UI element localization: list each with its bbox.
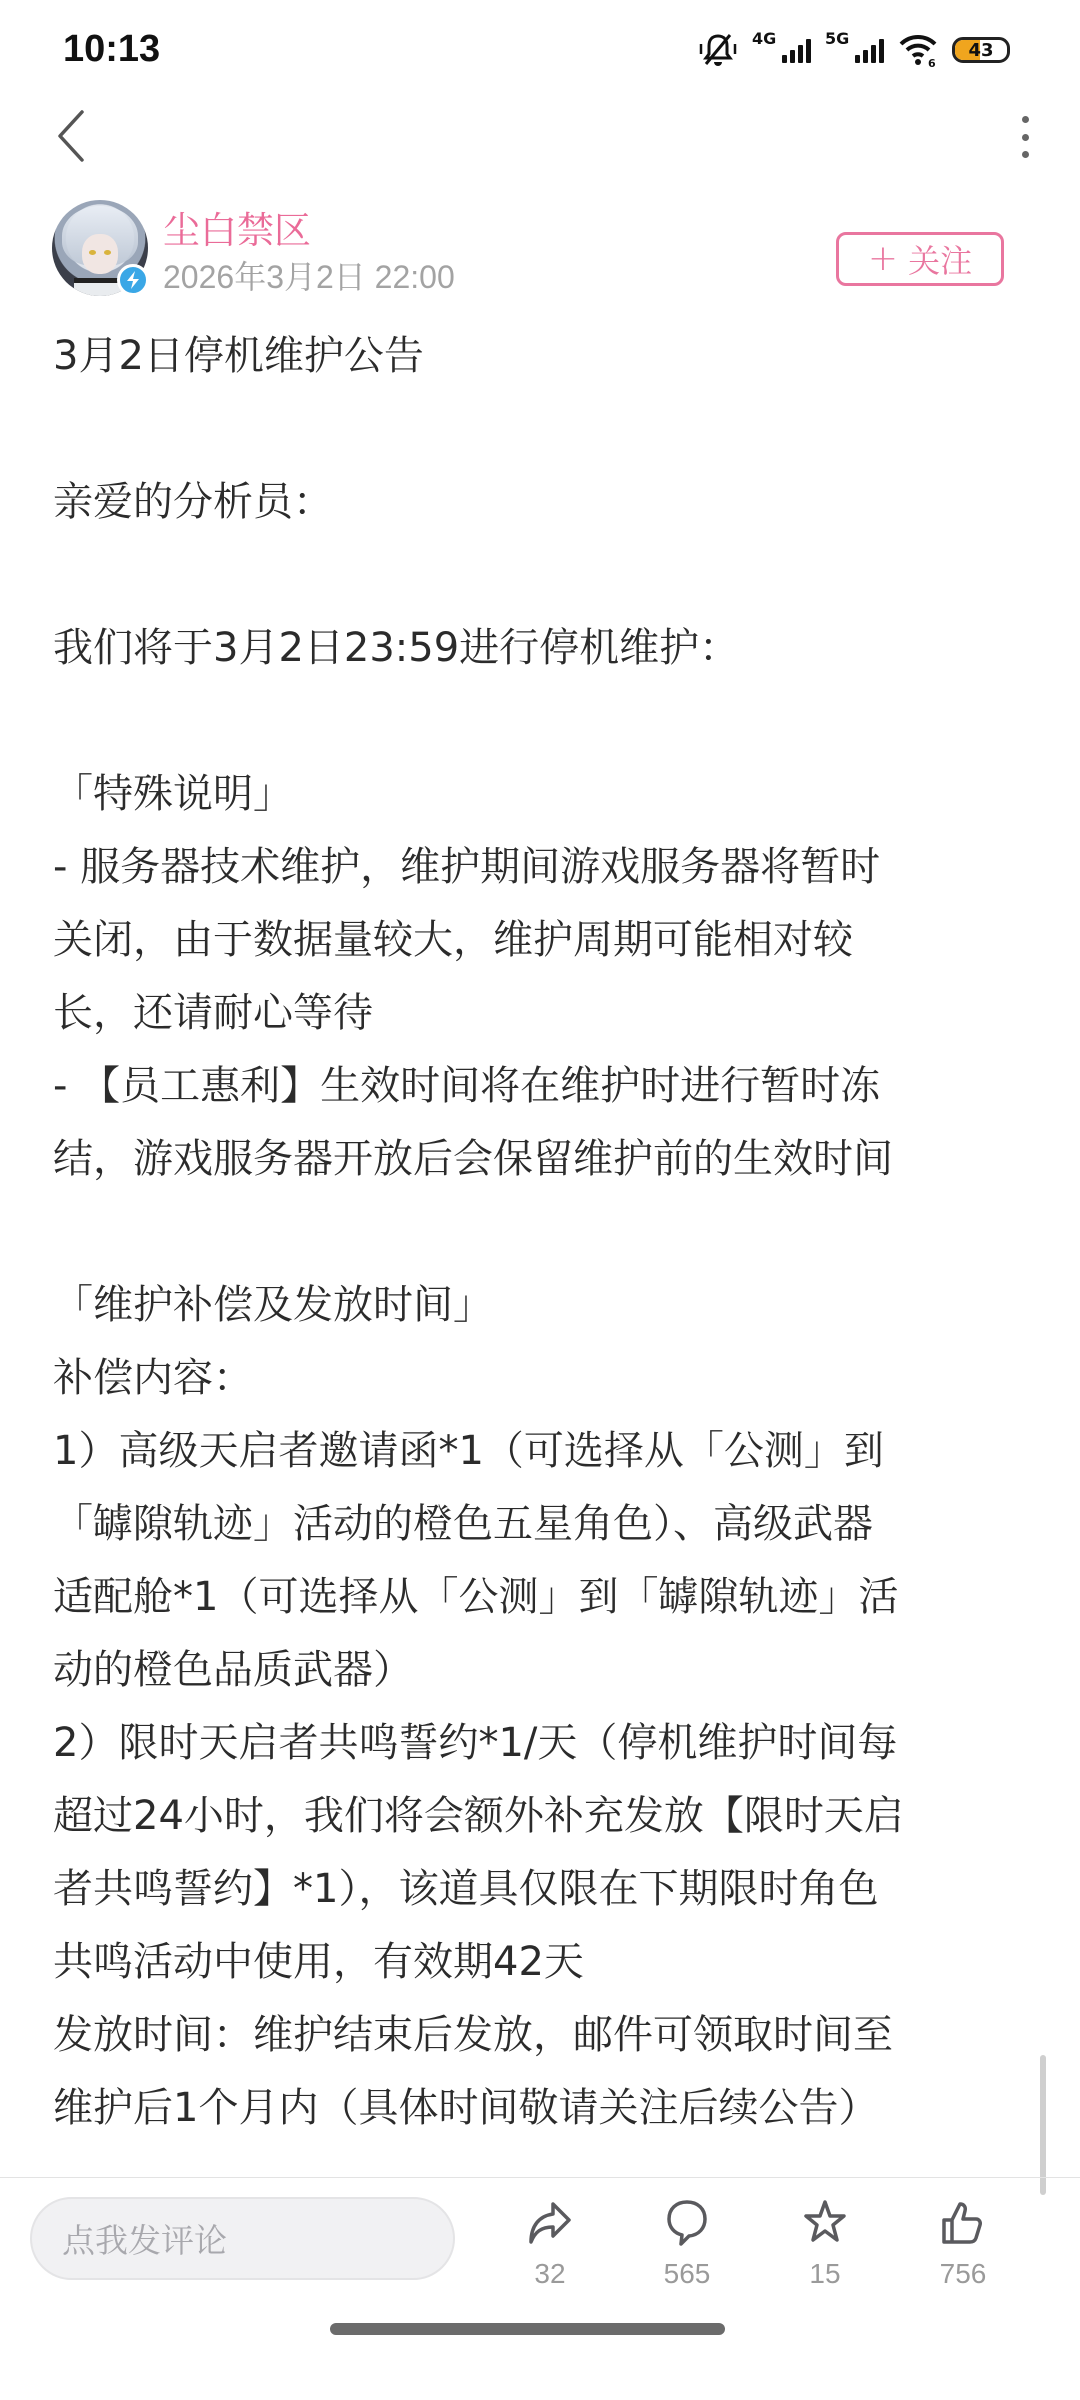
section-heading: 「维护补偿及发放时间」 (53, 1269, 1013, 1342)
home-indicator[interactable] (330, 2323, 725, 2335)
wifi-6-icon: 6 (898, 32, 938, 68)
post-line: 我们将于3月2日23:59进行停机维护： (53, 612, 1013, 685)
more-vertical-icon-dot (1022, 134, 1029, 141)
battery-icon: 43 (952, 37, 1010, 63)
lightning-badge-icon (117, 264, 149, 296)
share-icon (523, 2196, 577, 2250)
follow-label: 关注 (908, 236, 972, 282)
status-time: 10:13 (63, 28, 160, 71)
more-options-button[interactable] (1010, 112, 1040, 162)
post-line: 2）限时天启者共鸣誓约*1/天（停机维护时间每 (53, 1707, 1013, 1780)
favorite-count: 15 (809, 2258, 840, 2290)
bottom-bar-divider (0, 2177, 1080, 2178)
post-line: 「罅隙轨迹」活动的橙色五星角色）、高级武器 (53, 1488, 1013, 1561)
post-line: 关闭，由于数据量较大，维护周期可能相对较 (53, 904, 1013, 977)
post-time: 2026年3月2日 22:00 (163, 252, 455, 298)
network-5g-label: 5G (825, 29, 849, 48)
status-icons: 4G 5G 6 43 (698, 30, 1010, 70)
svg-text:6: 6 (928, 57, 936, 68)
blank-line (53, 393, 1013, 466)
more-vertical-icon-dot (1022, 116, 1029, 123)
post-line: 维护后1个月内（具体时间敬请关注后续公告） (53, 2072, 1013, 2145)
follow-button[interactable]: + 关注 (836, 232, 1004, 286)
post-line: 亲爱的分析员： (53, 466, 1013, 539)
post-line: 超过24小时，我们将会额外补充发放【限时天启 (53, 1780, 1013, 1853)
thumbs-up-icon (936, 2196, 990, 2250)
post-line: - 【员工惠利】生效时间将在维护时进行暂时冻 (53, 1050, 1013, 1123)
more-vertical-icon-dot (1022, 151, 1029, 158)
back-button[interactable] (52, 108, 92, 164)
post-line: 动的橙色品质武器） (53, 1634, 1013, 1707)
network-4g-label: 4G (752, 29, 776, 48)
post-line: 适配舱*1（可选择从「公测」到「罅隙轨迹」活 (53, 1561, 1013, 1634)
signal-4g-icon: 4G (752, 37, 811, 63)
signal-5g-icon: 5G (825, 37, 884, 63)
share-count: 32 (534, 2258, 565, 2290)
comment-icon (660, 2196, 714, 2250)
mute-vibrate-icon (698, 32, 738, 68)
post-line: 结，游戏服务器开放后会保留维护前的生效时间 (53, 1123, 1013, 1196)
post-line: 者共鸣誓约】*1），该道具仅限在下期限时角色 (53, 1853, 1013, 1926)
blank-line (53, 685, 1013, 758)
post-line: 共鸣活动中使用，有效期42天 (53, 1926, 1013, 1999)
plus-icon: + (868, 241, 898, 277)
comment-input[interactable]: 点我发评论 (30, 2197, 455, 2280)
like-count: 756 (940, 2258, 987, 2290)
post-line: 发放时间：维护结束后发放，邮件可领取时间至 (53, 1999, 1013, 2072)
section-heading: 「特殊说明」 (53, 758, 1013, 831)
author-name[interactable]: 尘白禁区 (163, 200, 311, 254)
post-title: 3月2日停机维护公告 (53, 320, 1013, 393)
post-line: 1）高级天启者邀请函*1（可选择从「公测」到 (53, 1415, 1013, 1488)
comment-button[interactable]: 565 (632, 2196, 742, 2296)
share-button[interactable]: 32 (495, 2196, 605, 2296)
battery-percent: 43 (968, 40, 993, 61)
comment-count: 565 (664, 2258, 711, 2290)
star-icon (798, 2196, 852, 2250)
post-line: - 服务器技术维护，维护期间游戏服务器将暂时 (53, 831, 1013, 904)
blank-line (53, 1196, 1013, 1269)
post-line: 补偿内容： (53, 1342, 1013, 1415)
like-button[interactable]: 756 (908, 2196, 1018, 2296)
post-content: 3月2日停机维护公告 亲爱的分析员： 我们将于3月2日23:59进行停机维护： … (53, 320, 1013, 2145)
blank-line (53, 539, 1013, 612)
post-line: 长，还请耐心等待 (53, 977, 1013, 1050)
chevron-left-icon (52, 108, 92, 164)
favorite-button[interactable]: 15 (770, 2196, 880, 2296)
scrollbar[interactable] (1040, 2055, 1046, 2195)
